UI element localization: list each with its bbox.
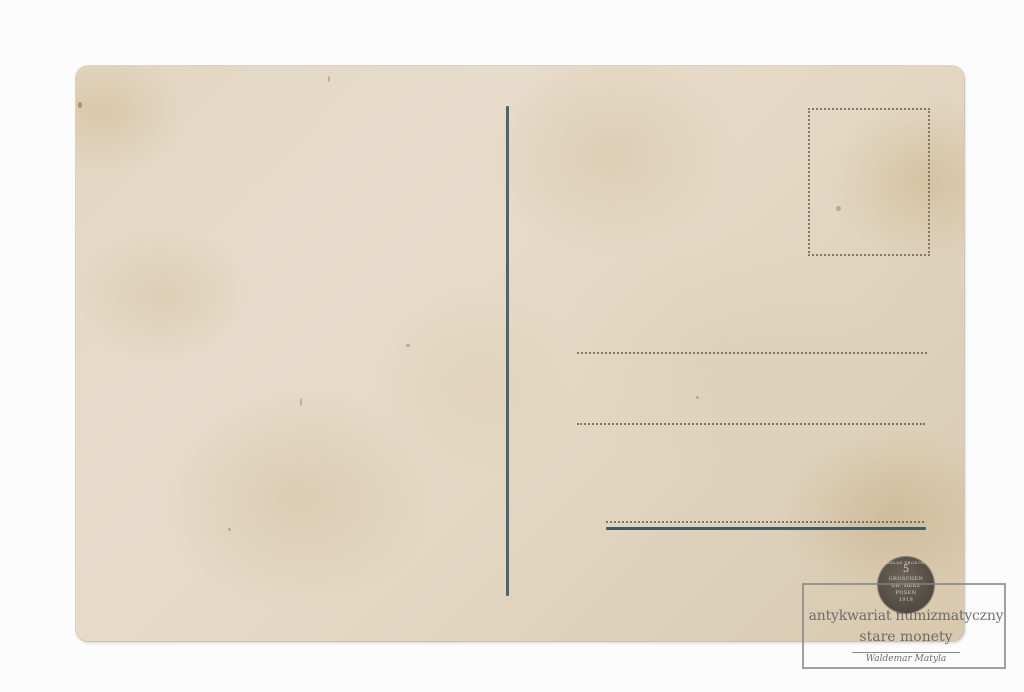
- stain-speck: [300, 398, 302, 406]
- stain-speck: [78, 102, 82, 108]
- address-line-2: [577, 423, 925, 425]
- address-line-4: [606, 527, 926, 530]
- stain-speck: [836, 206, 841, 211]
- watermark-subtitle: stare monety: [804, 629, 1008, 645]
- stain-speck: [228, 528, 231, 531]
- address-line-1: [577, 352, 927, 354]
- stain-speck: [406, 344, 410, 347]
- message-address-divider: [506, 106, 509, 596]
- watermark-divider: [852, 652, 960, 653]
- stain-speck: [328, 76, 330, 82]
- watermark-title: antykwariat numizmatyczny: [804, 608, 1008, 624]
- seller-watermark: antykwariat numizmatyczny stare monety W…: [802, 583, 1006, 669]
- postcard-back: [76, 66, 964, 641]
- stain-speck: [696, 396, 699, 399]
- address-line-3: [606, 521, 924, 523]
- coin-value: 5: [878, 565, 934, 575]
- watermark-owner: Waldemar Matyla: [804, 654, 1008, 664]
- coin-text-line: GROSCHEN: [878, 576, 934, 582]
- stamp-placement-box: [808, 108, 930, 256]
- photo-stage: ZAKŁAD ZBOŻOWY 5 GROSCHEN GR. HERZ POSEN…: [0, 0, 1024, 692]
